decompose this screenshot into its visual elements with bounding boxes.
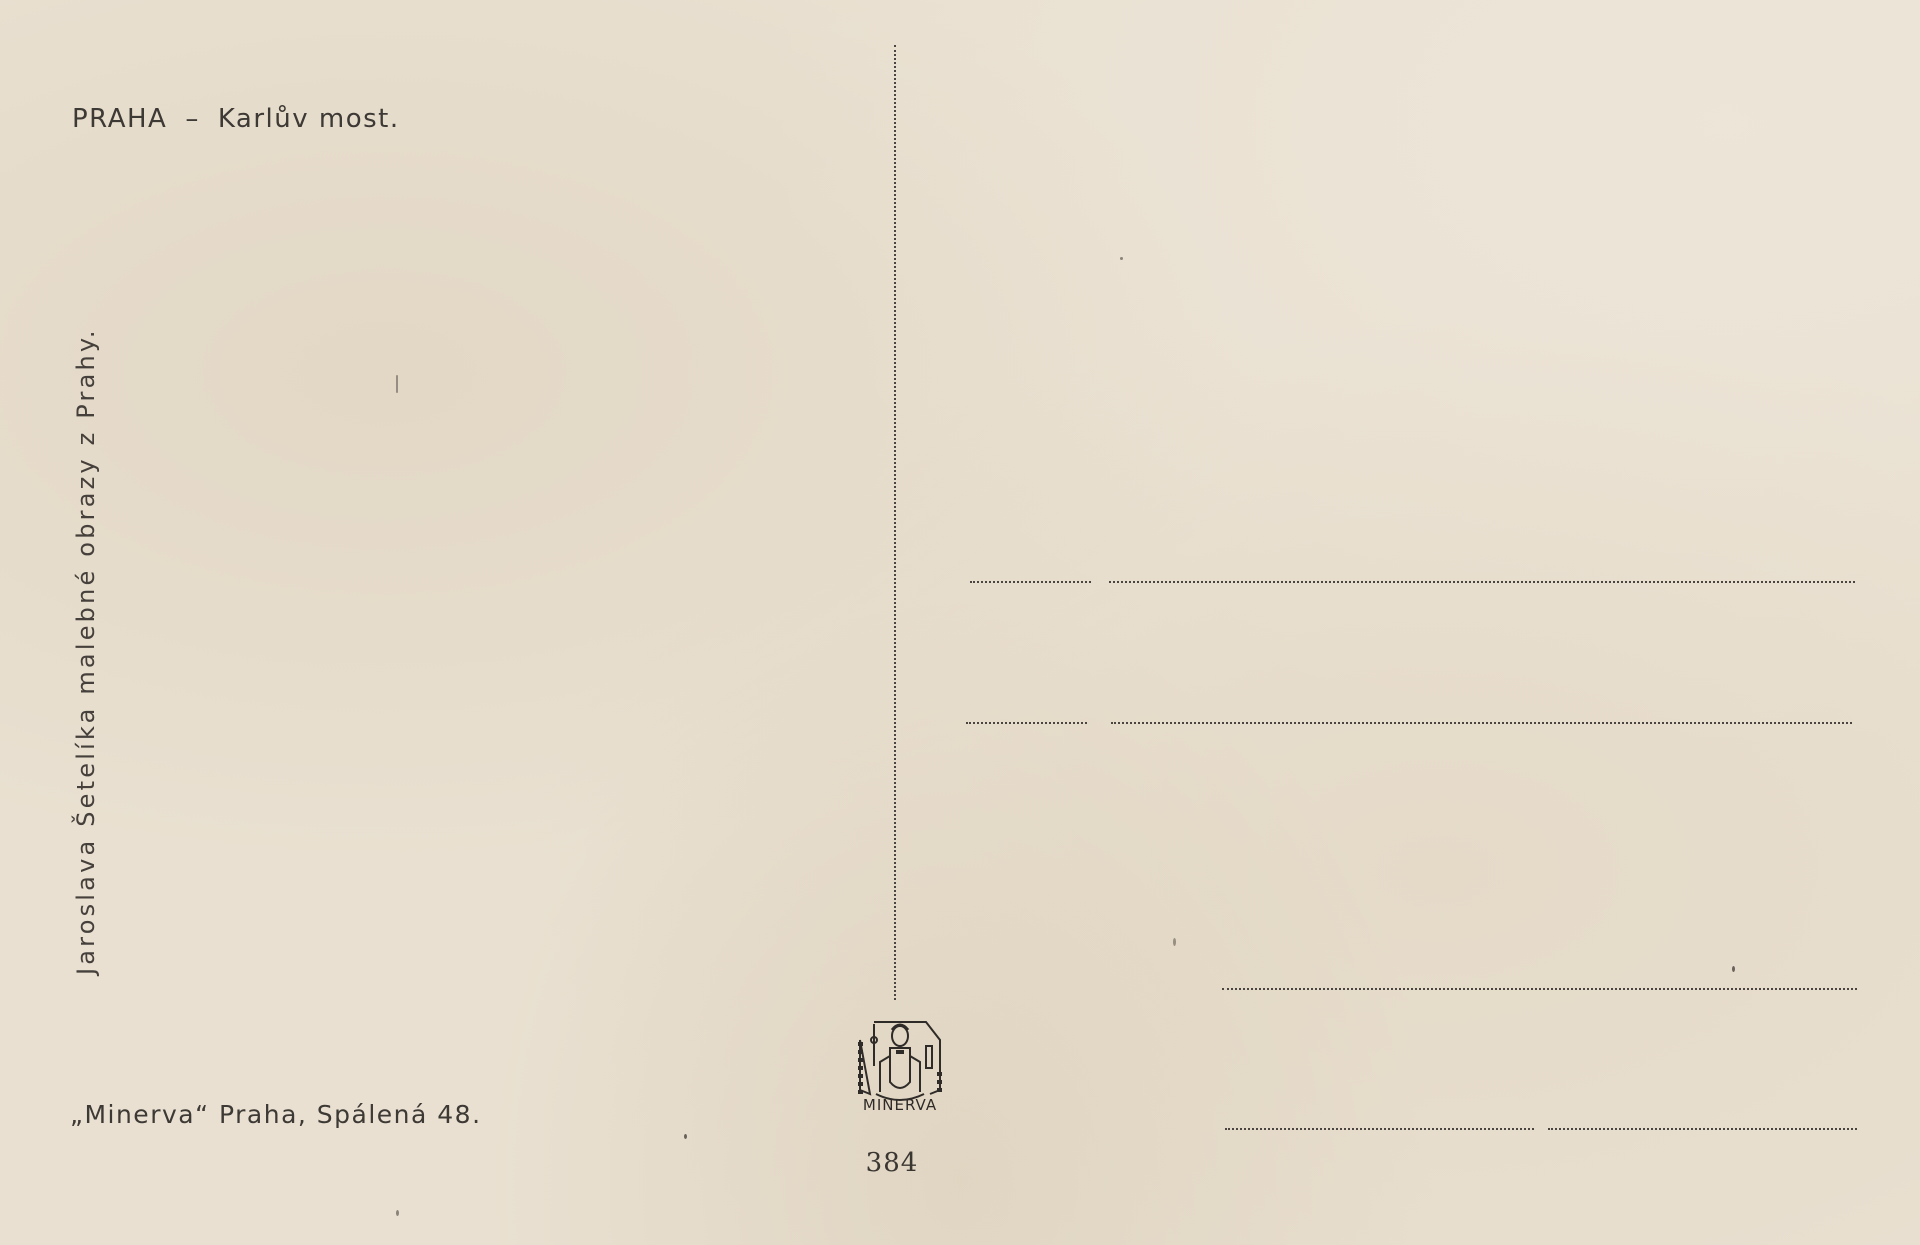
title-separator: – — [185, 104, 200, 134]
paper-speck — [396, 1210, 399, 1216]
paper-speck — [396, 375, 398, 393]
address-line-4 — [1225, 1128, 1534, 1130]
address-line-2 — [966, 722, 1087, 724]
paper-speck — [1120, 257, 1123, 260]
address-line-1 — [1109, 581, 1855, 583]
minerva-logo-text: MINERVA — [852, 1096, 948, 1114]
paper-speck — [1173, 938, 1176, 946]
address-line-2 — [1111, 722, 1852, 724]
address-line-1 — [970, 581, 1091, 583]
title-subject: Karlův most. — [218, 104, 400, 134]
address-line-3 — [1222, 988, 1857, 990]
postcard-title: PRAHA–Karlův most. — [72, 104, 400, 134]
publisher-imprint: „Minerva“ Praha, Spálená 48. — [70, 1100, 482, 1129]
paper-speck — [684, 1134, 687, 1139]
center-divider — [894, 45, 896, 1000]
postcard-back: PRAHA–Karlův most. Jaroslava Šetelíka ma… — [0, 0, 1920, 1245]
title-city: PRAHA — [72, 104, 167, 134]
address-line-4 — [1548, 1128, 1857, 1130]
serial-number: 384 — [862, 1148, 922, 1178]
paper-speck — [1732, 966, 1735, 972]
artist-caption: Jaroslava Šetelíka malebné obrazy z Prah… — [72, 327, 100, 975]
